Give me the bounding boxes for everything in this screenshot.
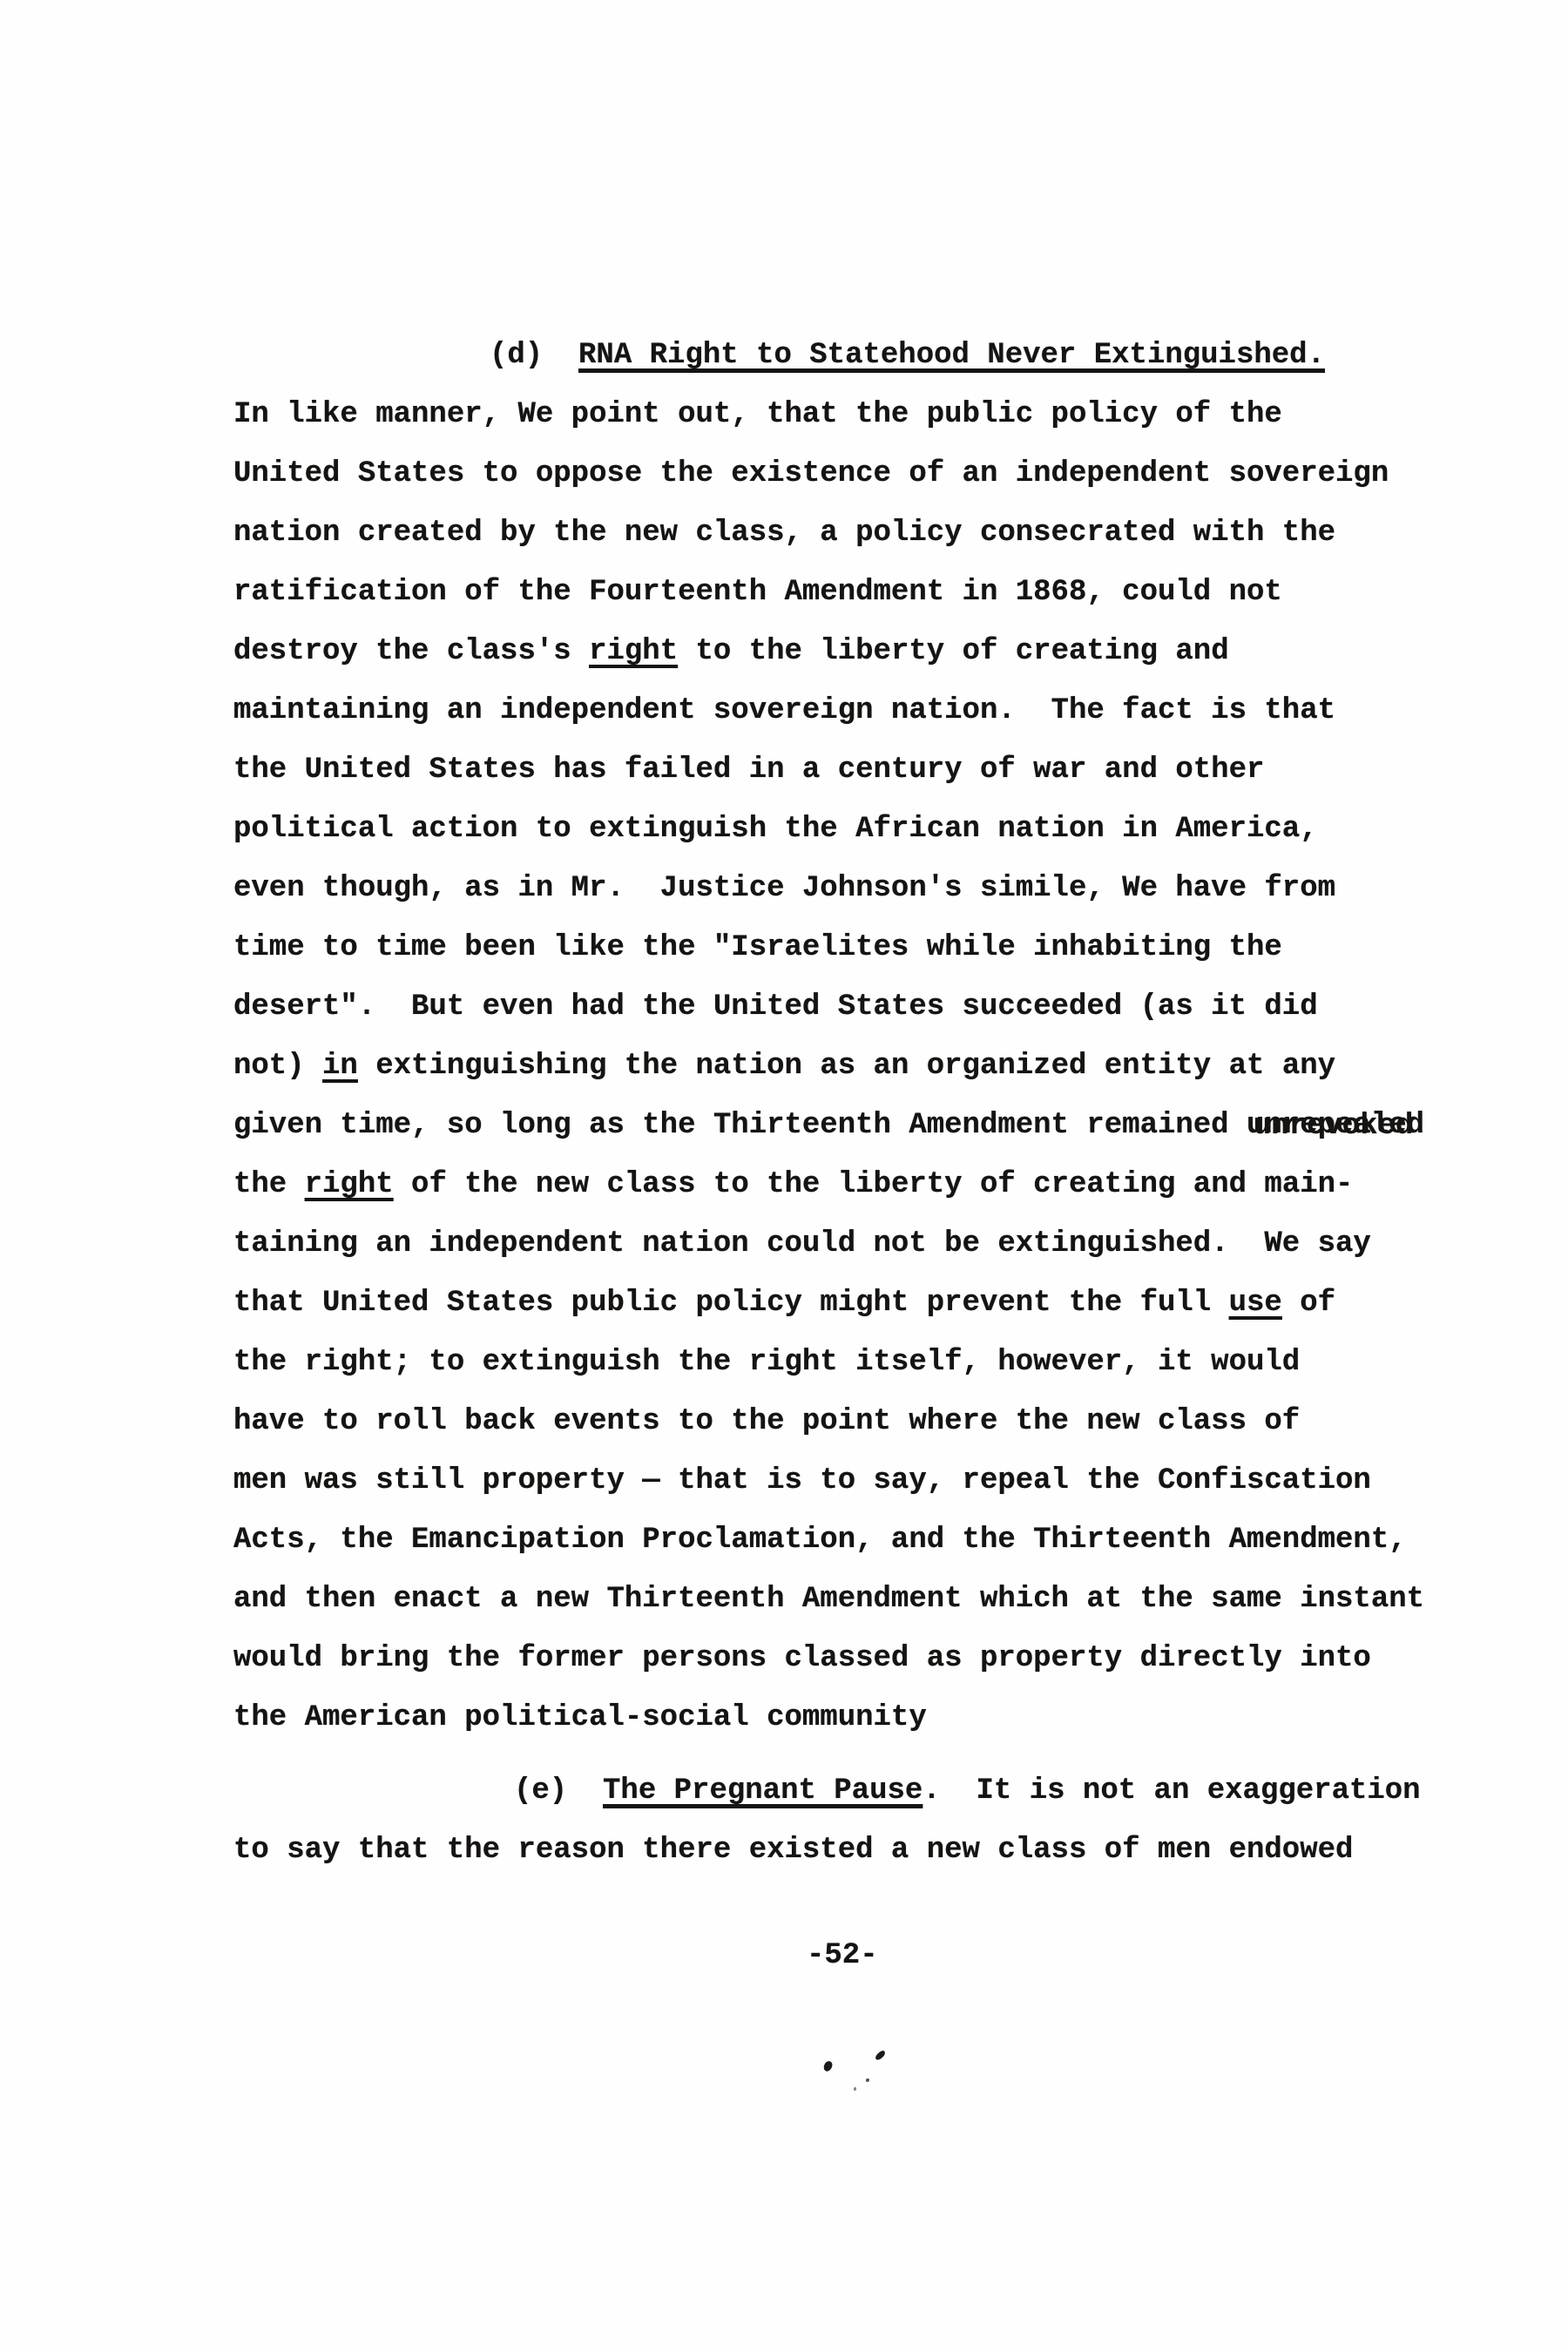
text-segment: of the new class to the liberty of creat… — [394, 1168, 1354, 1201]
text-segment: even though, as in Mr. Justice Johnson's… — [233, 872, 1335, 905]
text-line: to say that the reason there existed a n… — [233, 1821, 1470, 1880]
text-segment: . It is not an exaggeration — [923, 1774, 1420, 1808]
text-line: maintaining an independent sovereign nat… — [233, 681, 1470, 740]
text-line: time to time been like the "Israelites w… — [233, 918, 1470, 977]
underlined-text: use — [1229, 1287, 1282, 1320]
text-line: men was still property — that is to say,… — [233, 1451, 1470, 1511]
text-segment: the — [233, 1168, 305, 1201]
text-line: have to roll back events to the point wh… — [233, 1392, 1470, 1451]
ink-speck — [874, 2050, 887, 2061]
text-segment: to say that the reason there existed a n… — [233, 1834, 1353, 1867]
text-segment: time to time been like the "Israelites w… — [233, 931, 1282, 964]
page-number: -52- — [807, 1939, 878, 1972]
text-segment: Acts, the Emancipation Proclamation, and… — [233, 1524, 1407, 1557]
text-segment: taining an independent nation could not … — [233, 1227, 1371, 1260]
text-segment: and then enact a new Thirteenth Amendmen… — [233, 1583, 1424, 1616]
overstruck-text: unrepealed — [1247, 1096, 1424, 1155]
text-line: ratification of the Fourteenth Amendment… — [233, 563, 1470, 622]
text-line: United States to oppose the existence of… — [233, 444, 1470, 504]
text-segment: of — [1282, 1287, 1335, 1320]
text-line: the American political-social community — [233, 1688, 1470, 1747]
text-line: desert". But even had the United States … — [233, 977, 1470, 1037]
text-segment: given time, so long as the Thirteenth Am… — [233, 1109, 1247, 1142]
text-line: taining an independent nation could not … — [233, 1214, 1470, 1274]
text-segment: (d) — [490, 339, 578, 372]
ink-speck — [822, 2060, 833, 2072]
ink-speck — [866, 2078, 869, 2082]
underlined-text: right — [305, 1168, 394, 1201]
text-segment: extinguishing the nation as an organized… — [358, 1050, 1335, 1083]
text-segment: not) — [233, 1050, 322, 1083]
underlined-text: right — [589, 635, 678, 668]
text-segment: the right; to extinguish the right itsel… — [233, 1346, 1300, 1379]
ink-speck — [854, 2087, 856, 2091]
underlined-text: RNA Right to Statehood Never Extinguishe… — [578, 339, 1325, 372]
text-segment: men was still property — that is to say,… — [233, 1464, 1371, 1497]
document-lines: (d) RNA Right to Statehood Never Extingu… — [233, 326, 1470, 1880]
text-line: not) in extinguishing the nation as an o… — [233, 1037, 1470, 1096]
text-line: that United States public policy might p… — [233, 1274, 1470, 1333]
text-line: would bring the former persons classed a… — [233, 1629, 1470, 1688]
text-segment: the United States has failed in a centur… — [233, 754, 1264, 787]
text-line: In like manner, We point out, that the p… — [233, 385, 1470, 444]
text-segment: maintaining an independent sovereign nat… — [233, 694, 1335, 727]
text-segment: the American political-social community — [233, 1701, 927, 1734]
text-segment: United States to oppose the existence of… — [233, 457, 1389, 490]
underlined-text: in — [322, 1050, 358, 1083]
text-line: even though, as in Mr. Justice Johnson's… — [233, 859, 1470, 918]
text-line: the United States has failed in a centur… — [233, 740, 1470, 800]
text-segment: In like manner, We point out, that the p… — [233, 398, 1282, 431]
text-segment: that United States public policy might p… — [233, 1287, 1229, 1320]
document-page: (d) RNA Right to Statehood Never Extingu… — [0, 0, 1568, 2352]
text-line: given time, so long as the Thirteenth Am… — [233, 1096, 1470, 1155]
text-line: destroy the class's right to the liberty… — [233, 622, 1470, 681]
text-line: and then enact a new Thirteenth Amendmen… — [233, 1570, 1470, 1629]
text-segment: have to roll back events to the point wh… — [233, 1405, 1300, 1438]
text-segment: (e) — [514, 1774, 603, 1808]
text-segment: ratification of the Fourteenth Amendment… — [233, 576, 1282, 609]
text-segment: would bring the former persons classed a… — [233, 1642, 1371, 1675]
section-heading-line: (d) RNA Right to Statehood Never Extingu… — [233, 326, 1470, 385]
text-line: nation created by the new class, a polic… — [233, 504, 1470, 563]
text-segment: destroy the class's — [233, 635, 589, 668]
text-line: political action to extinguish the Afric… — [233, 800, 1470, 859]
section-heading-line: (e) The Pregnant Pause. It is not an exa… — [233, 1761, 1470, 1821]
text-line: the right of the new class to the libert… — [233, 1155, 1470, 1214]
text-line: Acts, the Emancipation Proclamation, and… — [233, 1511, 1470, 1570]
text-line: the right; to extinguish the right itsel… — [233, 1333, 1470, 1392]
text-segment: to the liberty of creating and — [678, 635, 1229, 668]
text-segment: political action to extinguish the Afric… — [233, 813, 1318, 846]
text-segment: desert". But even had the United States … — [233, 990, 1318, 1024]
underlined-text: The Pregnant Pause — [603, 1774, 923, 1808]
text-segment: nation created by the new class, a polic… — [233, 517, 1335, 550]
